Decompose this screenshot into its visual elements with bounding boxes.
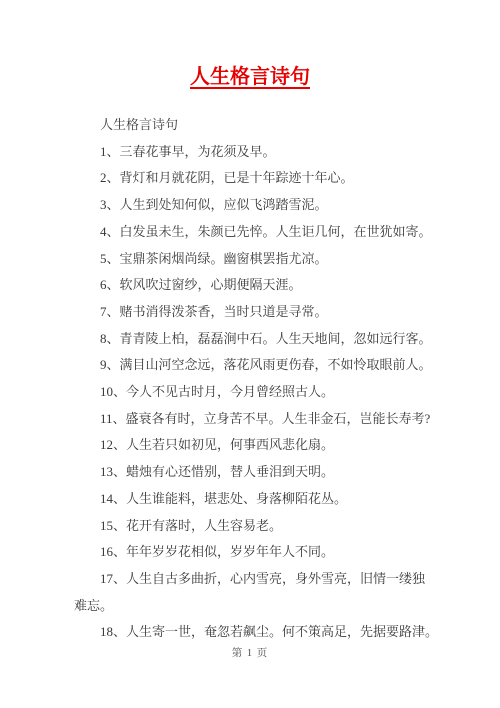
document-subtitle: 人生格言诗句 xyxy=(74,112,426,139)
list-item: 15、花开有落时，人生容易老。 xyxy=(74,513,426,540)
list-item: 3、人生到处知何似，应似飞鸿踏雪泥。 xyxy=(74,192,426,219)
document-title: 人生格言诗句 xyxy=(0,0,500,90)
list-item: 2、背灯和月就花阴，已是十年踪迹十年心。 xyxy=(74,165,426,192)
list-item: 18、人生寄一世，奄忽若飙尘。何不策高足，先据要路津。 xyxy=(74,619,426,646)
list-item: 12、人生若只如初见，何事西风悲化扇。 xyxy=(74,432,426,459)
page-number: 第 1 页 xyxy=(0,645,500,660)
list-item-wrap: 难忘。 xyxy=(74,593,426,620)
list-item: 11、盛衰各有时，立身苦不早。人生非金石，岂能长寿考? xyxy=(74,406,426,433)
list-item: 5、宝鼎茶闲烟尚绿。幽窗棋罢指尤凉。 xyxy=(74,246,426,273)
list-item: 6、软风吹过窗纱，心期便隔天涯。 xyxy=(74,272,426,299)
list-item: 13、蜡烛有心还惜别，替人垂泪到天明。 xyxy=(74,459,426,486)
list-item: 16、年年岁岁花相似，岁岁年年人不同。 xyxy=(74,539,426,566)
list-item: 4、白发虽未生，朱颜已先悴。人生讵几何，在世犹如寄。 xyxy=(74,219,426,246)
list-item: 17、人生自古多曲折，心内雪亮，身外雪亮，旧情一缕独难忘。 xyxy=(74,566,426,619)
list-item: 9、满目山河空念远，落花风雨更伤春，不如怜取眼前人。 xyxy=(74,352,426,379)
list-item: 10、今人不见古时月，今月曾经照古人。 xyxy=(74,379,426,406)
list-item: 7、赌书消得泼茶香，当时只道是寻常。 xyxy=(74,299,426,326)
list-item: 14、人生谁能料，堪悲处、身落柳陌花丛。 xyxy=(74,486,426,513)
list-item: 1、三春花事早，为花须及早。 xyxy=(74,139,426,166)
document-page: 人生格言诗句 人生格言诗句 1、三春花事早，为花须及早。 2、背灯和月就花阴，已… xyxy=(0,0,500,708)
document-body: 人生格言诗句 1、三春花事早，为花须及早。 2、背灯和月就花阴，已是十年踪迹十年… xyxy=(74,112,426,646)
list-item: 8、青青陵上柏，磊磊涧中石。人生天地间，忽如远行客。 xyxy=(74,326,426,353)
